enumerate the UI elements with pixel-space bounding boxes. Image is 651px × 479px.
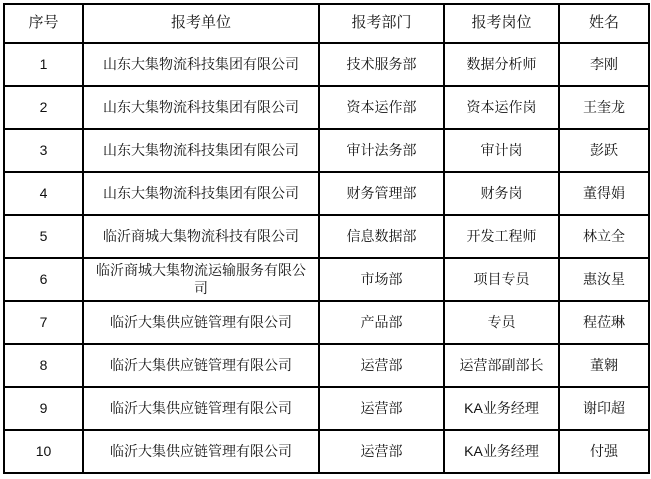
- cell-name: 谢印超: [559, 387, 649, 430]
- cell-name: 王奎龙: [559, 86, 649, 129]
- cell-position: 审计岗: [444, 129, 559, 172]
- cell-department: 信息数据部: [319, 215, 444, 258]
- table-row: 9临沂大集供应链管理有限公司运营部KA业务经理谢印超: [4, 387, 649, 430]
- table-row: 2山东大集物流科技集团有限公司资本运作部资本运作岗王奎龙: [4, 86, 649, 129]
- cell-name: 付强: [559, 430, 649, 473]
- table-header-row: 序号报考单位报考部门报考岗位姓名: [4, 4, 649, 43]
- cell-department: 运营部: [319, 344, 444, 387]
- cell-index: 10: [4, 430, 83, 473]
- cell-unit: 山东大集物流科技集团有限公司: [83, 43, 319, 86]
- cell-unit: 山东大集物流科技集团有限公司: [83, 86, 319, 129]
- table-row: 7临沂大集供应链管理有限公司产品部专员程莅琳: [4, 301, 649, 344]
- cell-position: 数据分析师: [444, 43, 559, 86]
- table-row: 5临沂商城大集物流科技有限公司信息数据部开发工程师林立全: [4, 215, 649, 258]
- cell-position: KA业务经理: [444, 430, 559, 473]
- cell-name: 彭跃: [559, 129, 649, 172]
- cell-department: 市场部: [319, 258, 444, 301]
- cell-index: 7: [4, 301, 83, 344]
- cell-index: 3: [4, 129, 83, 172]
- cell-name: 李刚: [559, 43, 649, 86]
- column-header-index: 序号: [4, 4, 83, 43]
- cell-unit: 临沂大集供应链管理有限公司: [83, 387, 319, 430]
- table-row: 3山东大集物流科技集团有限公司审计法务部审计岗彭跃: [4, 129, 649, 172]
- cell-index: 4: [4, 172, 83, 215]
- cell-position: KA业务经理: [444, 387, 559, 430]
- cell-department: 运营部: [319, 387, 444, 430]
- cell-name: 程莅琳: [559, 301, 649, 344]
- column-header-unit: 报考单位: [83, 4, 319, 43]
- cell-unit: 临沂大集供应链管理有限公司: [83, 344, 319, 387]
- cell-name: 董翱: [559, 344, 649, 387]
- cell-name: 林立全: [559, 215, 649, 258]
- cell-unit: 临沂商城大集物流科技有限公司: [83, 215, 319, 258]
- table-row: 8临沂大集供应链管理有限公司运营部运营部副部长董翱: [4, 344, 649, 387]
- table-row: 4山东大集物流科技集团有限公司财务管理部财务岗董得娟: [4, 172, 649, 215]
- page: 序号报考单位报考部门报考岗位姓名 1山东大集物流科技集团有限公司技术服务部数据分…: [0, 0, 651, 479]
- cell-department: 产品部: [319, 301, 444, 344]
- cell-index: 9: [4, 387, 83, 430]
- cell-name: 董得娟: [559, 172, 649, 215]
- cell-name: 惠汝星: [559, 258, 649, 301]
- cell-index: 1: [4, 43, 83, 86]
- application-table: 序号报考单位报考部门报考岗位姓名 1山东大集物流科技集团有限公司技术服务部数据分…: [3, 3, 650, 474]
- cell-department: 技术服务部: [319, 43, 444, 86]
- column-header-department: 报考部门: [319, 4, 444, 43]
- cell-position: 项目专员: [444, 258, 559, 301]
- table-row: 1山东大集物流科技集团有限公司技术服务部数据分析师李刚: [4, 43, 649, 86]
- column-header-name: 姓名: [559, 4, 649, 43]
- column-header-position: 报考岗位: [444, 4, 559, 43]
- cell-position: 专员: [444, 301, 559, 344]
- cell-position: 运营部副部长: [444, 344, 559, 387]
- cell-index: 8: [4, 344, 83, 387]
- cell-unit: 临沂大集供应链管理有限公司: [83, 430, 319, 473]
- cell-unit: 山东大集物流科技集团有限公司: [83, 129, 319, 172]
- cell-position: 开发工程师: [444, 215, 559, 258]
- cell-index: 6: [4, 258, 83, 301]
- cell-position: 资本运作岗: [444, 86, 559, 129]
- cell-department: 审计法务部: [319, 129, 444, 172]
- cell-unit: 临沂商城大集物流运输服务有限公司: [83, 258, 319, 301]
- table-row: 6临沂商城大集物流运输服务有限公司市场部项目专员惠汝星: [4, 258, 649, 301]
- cell-position: 财务岗: [444, 172, 559, 215]
- cell-unit: 山东大集物流科技集团有限公司: [83, 172, 319, 215]
- cell-unit: 临沂大集供应链管理有限公司: [83, 301, 319, 344]
- cell-index: 2: [4, 86, 83, 129]
- table-row: 10临沂大集供应链管理有限公司运营部KA业务经理付强: [4, 430, 649, 473]
- cell-department: 财务管理部: [319, 172, 444, 215]
- cell-department: 资本运作部: [319, 86, 444, 129]
- cell-index: 5: [4, 215, 83, 258]
- cell-department: 运营部: [319, 430, 444, 473]
